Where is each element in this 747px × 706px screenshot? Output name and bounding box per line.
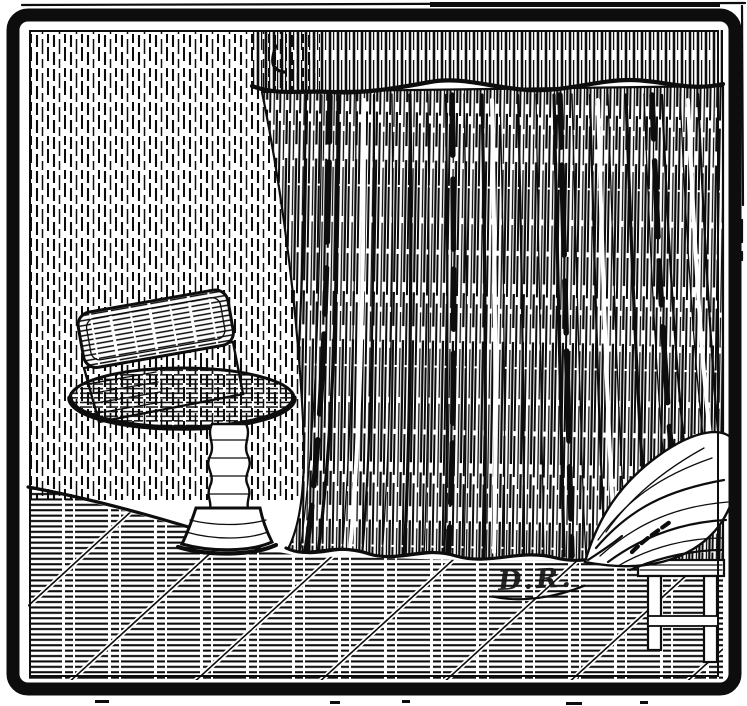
stand-stretcher [648,616,718,626]
frame-outer-right-rule [742,6,743,260]
engraving-figure: D.R. [0,0,747,706]
table-pedestal [208,424,249,508]
frame-top-smudge [430,2,720,7]
pedestal-base [182,508,272,550]
stand-leg-left [648,576,661,650]
engraving-illustration: D.R. [0,0,747,706]
